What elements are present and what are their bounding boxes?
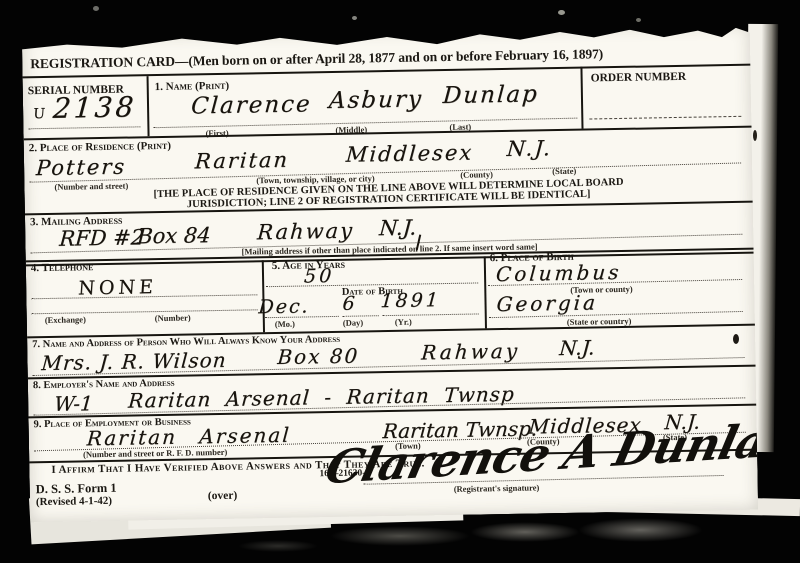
name-last-value: Dunlap xyxy=(442,81,540,109)
scanned-draft-card-image: REGISTRATION CARD—(Men born on or after … xyxy=(0,0,800,563)
contact-box-value: Box 80 xyxy=(277,344,360,369)
birth-year-value: 1891 xyxy=(380,289,442,312)
serial-writing-line xyxy=(28,126,140,129)
day-sublabel: (Day) xyxy=(343,317,363,327)
number-sublabel: (Number) xyxy=(155,312,191,323)
name-label: 1. Name (Print) xyxy=(155,80,230,93)
month-sublabel: (Mo.) xyxy=(275,319,295,329)
scan-smudge xyxy=(578,518,703,542)
form-revision: (Revised 4-1-42) xyxy=(36,495,112,508)
scan-smudge xyxy=(238,540,318,552)
order-number-label: ORDER NUMBER xyxy=(591,71,687,85)
name-middle-value: Asbury xyxy=(328,86,424,114)
contact-town-value: Rahway xyxy=(421,339,521,365)
residence-county-sublabel: (County) xyxy=(460,169,493,180)
residence-state-sublabel: (State) xyxy=(552,166,576,176)
order-number-divider xyxy=(580,67,583,129)
scan-smudge xyxy=(470,522,580,542)
residence-state-value: N.J. xyxy=(506,136,553,161)
telephone-label: 4. Telephone xyxy=(31,261,94,274)
contact-state-value: N.J. xyxy=(558,335,595,360)
mailing-part4-value: N.J. xyxy=(378,216,417,241)
order-number-blank-line xyxy=(589,116,741,120)
birthplace-state-value: Georgia xyxy=(496,290,599,316)
row1-divider xyxy=(24,126,752,141)
mailing-part2-value: Box 84 xyxy=(136,223,211,248)
month-writing-line xyxy=(265,316,339,318)
row456-divider xyxy=(27,324,755,338)
mailing-part1-value: RFD #2 xyxy=(59,225,146,251)
exchange-sublabel: (Exchange) xyxy=(45,314,86,325)
scan-speck xyxy=(352,16,357,20)
residence-label: 2. Place of Residence (Print) xyxy=(29,140,171,154)
telephone-writing-line2 xyxy=(32,309,258,314)
scan-speck xyxy=(93,6,99,11)
scan-speck xyxy=(558,10,565,15)
residence-street-value: Potters xyxy=(35,155,127,181)
year-sublabel: (Yr.) xyxy=(395,317,412,327)
residence-county-value: Middlesex xyxy=(345,141,474,167)
ink-speck xyxy=(733,334,739,344)
over-note: (over) xyxy=(208,490,238,503)
scan-smudge xyxy=(330,526,470,546)
scan-speck xyxy=(636,18,641,22)
birth-day-value: 6 xyxy=(342,293,356,315)
serial-name-divider xyxy=(147,76,150,136)
year-writing-line xyxy=(383,313,479,316)
name-first-value: Clarence xyxy=(190,91,312,119)
ink-speck xyxy=(753,130,757,141)
birth-month-value: Dec. xyxy=(258,295,311,318)
employer-code-value: W-1 xyxy=(53,391,93,416)
residence-town-value: Raritan xyxy=(194,148,290,174)
registration-card: REGISTRATION CARD—(Men born on or after … xyxy=(22,24,758,523)
serial-number-prefix: U xyxy=(33,106,46,122)
age-birth-divider xyxy=(484,256,487,328)
mailing-part3-value: Rahway xyxy=(256,219,354,245)
serial-number-value: 2138 xyxy=(52,90,138,124)
